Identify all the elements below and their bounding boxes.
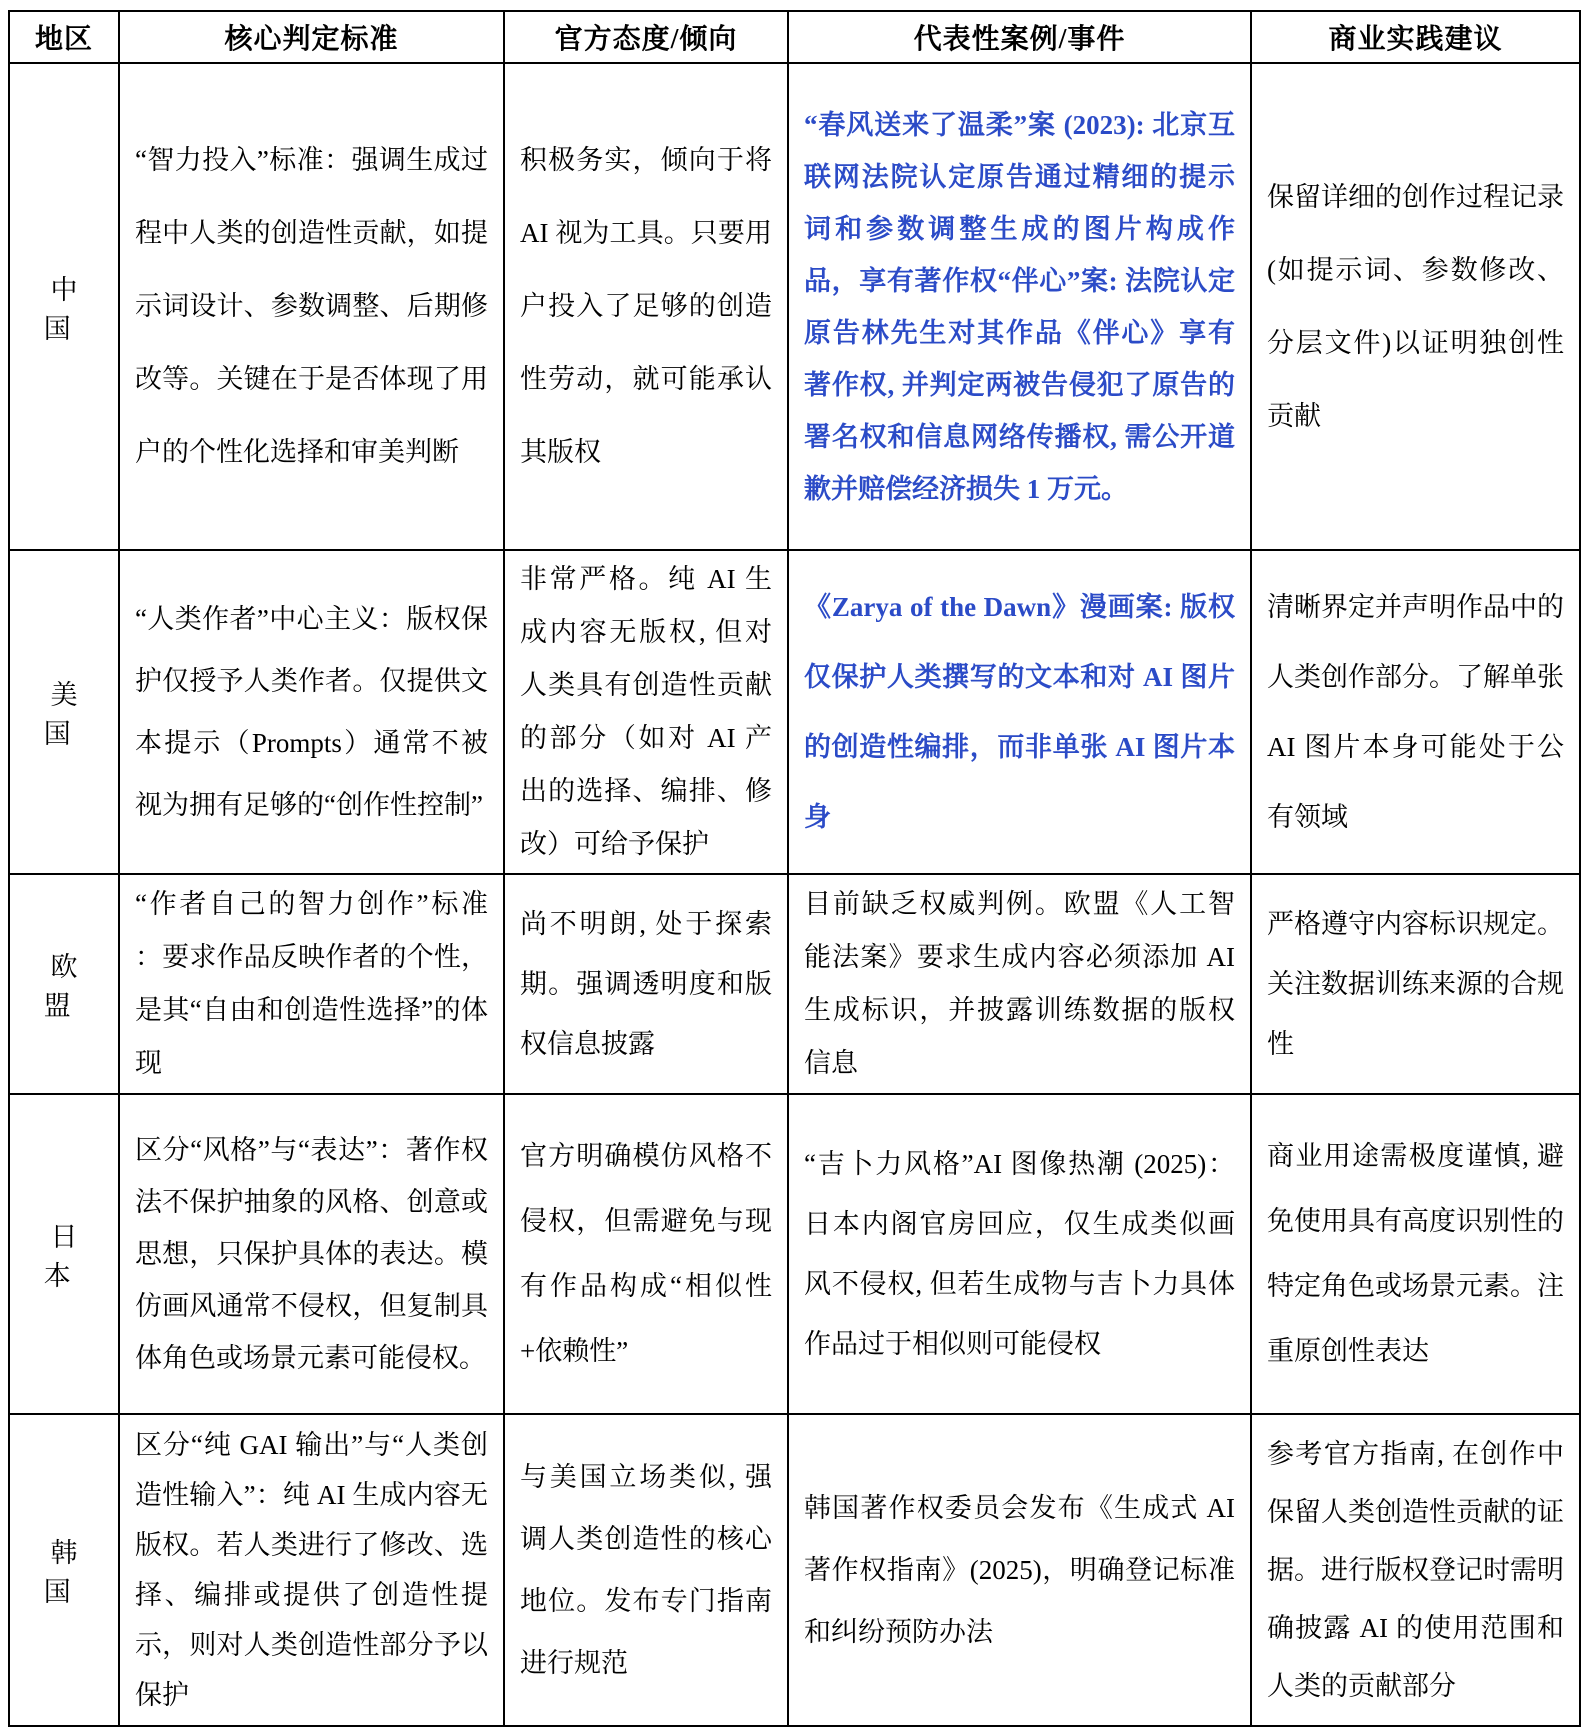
region-cell-china: 中国: [9, 63, 119, 550]
header-cell-attitude: 官方态度/倾向: [504, 11, 788, 63]
header-row: 地区 核心判定标准 官方态度/倾向 代表性案例/事件 商业实践建议: [9, 11, 1580, 63]
header-cell-criteria: 核心判定标准: [119, 11, 504, 63]
criteria-cell-china: “智力投入”标准：强调生成过程中人类的创造性贡献，如提示词设计、参数调整、后期修…: [119, 63, 504, 550]
table-row-eu: 欧盟 “作者自己的智力创作”标准 ：要求作品反映作者的个性，是其“自由和创造性选…: [9, 874, 1580, 1094]
attitude-cell-korea: 与美国立场类似, 强调人类创造性的核心地位。发布专门指南进行规范: [504, 1414, 788, 1726]
header-cell-region: 地区: [9, 11, 119, 63]
case-cell-china: “春风送来了温柔”案 (2023): 北京互联网法院认定原告通过精细的提示词和参…: [788, 63, 1251, 550]
case-cell-usa: 《Zarya of the Dawn》漫画案: 版权仅保护人类撰写的文本和对 A…: [788, 550, 1251, 874]
criteria-cell-eu: “作者自己的智力创作”标准 ：要求作品反映作者的个性，是其“自由和创造性选择”的…: [119, 874, 504, 1094]
attitude-cell-usa: 非常严格。纯 AI 生成内容无版权, 但对人类具有创造性贡献的部分（如对 AI …: [504, 550, 788, 874]
copyright-comparison-table: 地区 核心判定标准 官方态度/倾向 代表性案例/事件 商业实践建议 中国 “智力…: [8, 10, 1581, 1727]
advice-cell-usa: 清晰界定并声明作品中的人类创作部分。了解单张 AI 图片本身可能处于公有领域: [1251, 550, 1580, 874]
attitude-cell-china: 积极务实，倾向于将 AI 视为工具。只要用户投入了足够的创造性劳动，就可能承认其…: [504, 63, 788, 550]
case-cell-eu: 目前缺乏权威判例。欧盟《人工智能法案》要求生成内容必须添加 AI 生成标识，并披…: [788, 874, 1251, 1094]
advice-cell-korea: 参考官方指南, 在创作中保留人类创造性贡献的证据。进行版权登记时需明确披露 AI…: [1251, 1414, 1580, 1726]
table-row-usa: 美国 “人类作者”中心主义：版权保护仅授予人类作者。仅提供文本提示（Prompt…: [9, 550, 1580, 874]
region-cell-japan: 日本: [9, 1094, 119, 1414]
case-cell-japan: “吉卜力风格”AI 图像热潮 (2025)：日本内阁官房回应，仅生成类似画风不侵…: [788, 1094, 1251, 1414]
table-row-japan: 日本 区分“风格”与“表达”：著作权法不保护抽象的风格、创意或思想，只保护具体的…: [9, 1094, 1580, 1414]
advice-cell-eu: 严格遵守内容标识规定。关注数据训练来源的合规性: [1251, 874, 1580, 1094]
region-cell-eu: 欧盟: [9, 874, 119, 1094]
region-cell-usa: 美国: [9, 550, 119, 874]
table-row-korea: 韩国 区分“纯 GAI 输出”与“人类创造性输入”：纯 AI 生成内容无版权。若…: [9, 1414, 1580, 1726]
advice-cell-japan: 商业用途需极度谨慎, 避免使用具有高度识别性的特定角色或场景元素。注重原创性表达: [1251, 1094, 1580, 1414]
criteria-cell-usa: “人类作者”中心主义：版权保护仅授予人类作者。仅提供文本提示（Prompts）通…: [119, 550, 504, 874]
criteria-cell-japan: 区分“风格”与“表达”：著作权法不保护抽象的风格、创意或思想，只保护具体的表达。…: [119, 1094, 504, 1414]
attitude-cell-eu: 尚不明朗, 处于探索期。强调透明度和版权信息披露: [504, 874, 788, 1094]
region-cell-korea: 韩国: [9, 1414, 119, 1726]
header-cell-cases: 代表性案例/事件: [788, 11, 1251, 63]
attitude-cell-japan: 官方明确模仿风格不侵权，但需避免与现有作品构成“相似性+依赖性”: [504, 1094, 788, 1414]
table-row-china: 中国 “智力投入”标准：强调生成过程中人类的创造性贡献，如提示词设计、参数调整、…: [9, 63, 1580, 550]
advice-cell-china: 保留详细的创作过程记录(如提示词、参数修改、分层文件)以证明独创性贡献: [1251, 63, 1580, 550]
header-cell-advice: 商业实践建议: [1251, 11, 1580, 63]
case-cell-korea: 韩国著作权委员会发布《生成式 AI 著作权指南》(2025)，明确登记标准和纠纷…: [788, 1414, 1251, 1726]
criteria-cell-korea: 区分“纯 GAI 输出”与“人类创造性输入”：纯 AI 生成内容无版权。若人类进…: [119, 1414, 504, 1726]
